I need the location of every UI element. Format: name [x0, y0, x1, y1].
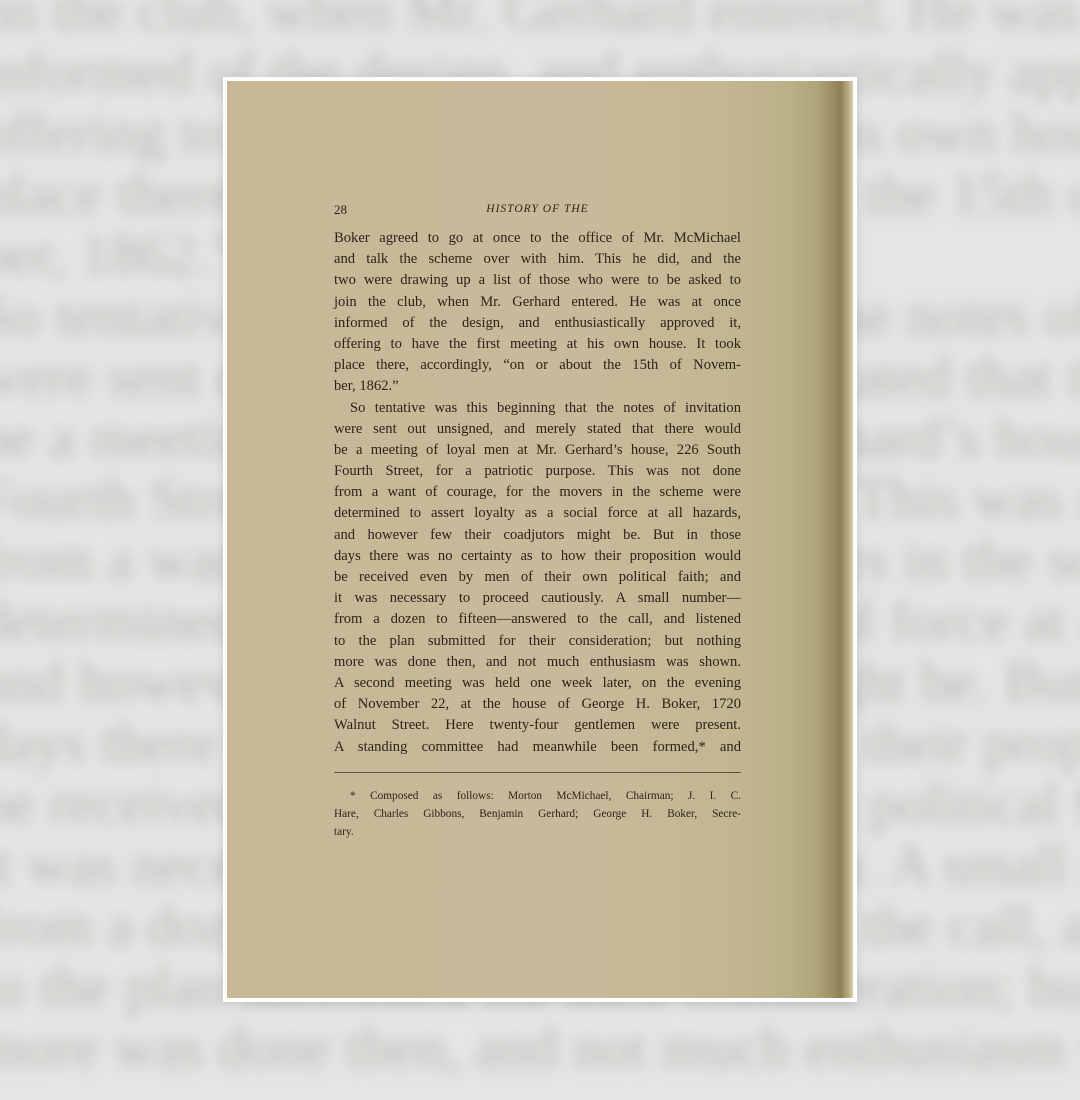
text-line: it was necessary to proceed cautiously. … [334, 588, 741, 609]
paragraph-2: So tentative was this beginning that the… [334, 398, 741, 758]
text-line: place there, accordingly, “on or about t… [334, 355, 741, 376]
running-head-title: HISTORY OF THE [334, 203, 741, 215]
background-line: more was done then, and not much enthusi… [0, 1017, 1080, 1078]
footnote-line: Hare, Charles Gibbons, Benjamin Gerhard;… [334, 805, 741, 823]
text-line: determined to assert loyalty as a social… [334, 503, 741, 524]
text-line: of November 22, at the house of George H… [334, 694, 741, 715]
text-line: A standing committee had meanwhile been … [334, 737, 741, 758]
background-line: on the club, when Mr. Gerhard entered. H… [0, 0, 1080, 41]
text-line: days there was no certainty as to how th… [334, 546, 741, 567]
text-line: two were drawing up a list of those who … [334, 270, 741, 291]
book-page: 28 HISTORY OF THE Boker agreed to go at … [227, 81, 853, 998]
text-line: to the plan submitted for their consider… [334, 631, 741, 652]
body-text: Boker agreed to go at once to the office… [334, 228, 741, 758]
text-line: Boker agreed to go at once to the office… [334, 228, 741, 249]
running-head: 28 HISTORY OF THE [334, 202, 741, 220]
footnote: * Composed as follows: Morton McMichael,… [334, 787, 741, 842]
text-line: join the club, when Mr. Gerhard entered.… [334, 292, 741, 313]
text-line: be a meeting of loyal men at Mr. Gerhard… [334, 440, 741, 461]
text-line: be received even by men of their own pol… [334, 567, 741, 588]
page-frame: 28 HISTORY OF THE Boker agreed to go at … [223, 77, 857, 1002]
text-line: and talk the scheme over with him. This … [334, 249, 741, 270]
footnote-divider [334, 772, 741, 773]
text-line: from a dozen to fifteen—answered to the … [334, 609, 741, 630]
paragraph-1: Boker agreed to go at once to the office… [334, 228, 741, 398]
text-line: from a want of courage, for the movers i… [334, 482, 741, 503]
page-content: 28 HISTORY OF THE Boker agreed to go at … [334, 202, 741, 842]
text-line: were sent out unsigned, and merely state… [334, 419, 741, 440]
text-line: A second meeting was held one week later… [334, 673, 741, 694]
text-line: offering to have the first meeting at hi… [334, 334, 741, 355]
footnote-line: * Composed as follows: Morton McMichael,… [334, 787, 741, 805]
text-line: informed of the design, and enthusiastic… [334, 313, 741, 334]
text-line: So tentative was this beginning that the… [334, 398, 741, 419]
text-line: more was done then, and not much enthusi… [334, 652, 741, 673]
text-line: Fourth Street, for a patriotic purpose. … [334, 461, 741, 482]
text-line: ber, 1862.” [334, 376, 741, 397]
text-line: and however few their coadjutors might b… [334, 525, 741, 546]
text-line: Walnut Street. Here twenty-four gentleme… [334, 715, 741, 736]
footnote-line: tary. [334, 823, 741, 841]
